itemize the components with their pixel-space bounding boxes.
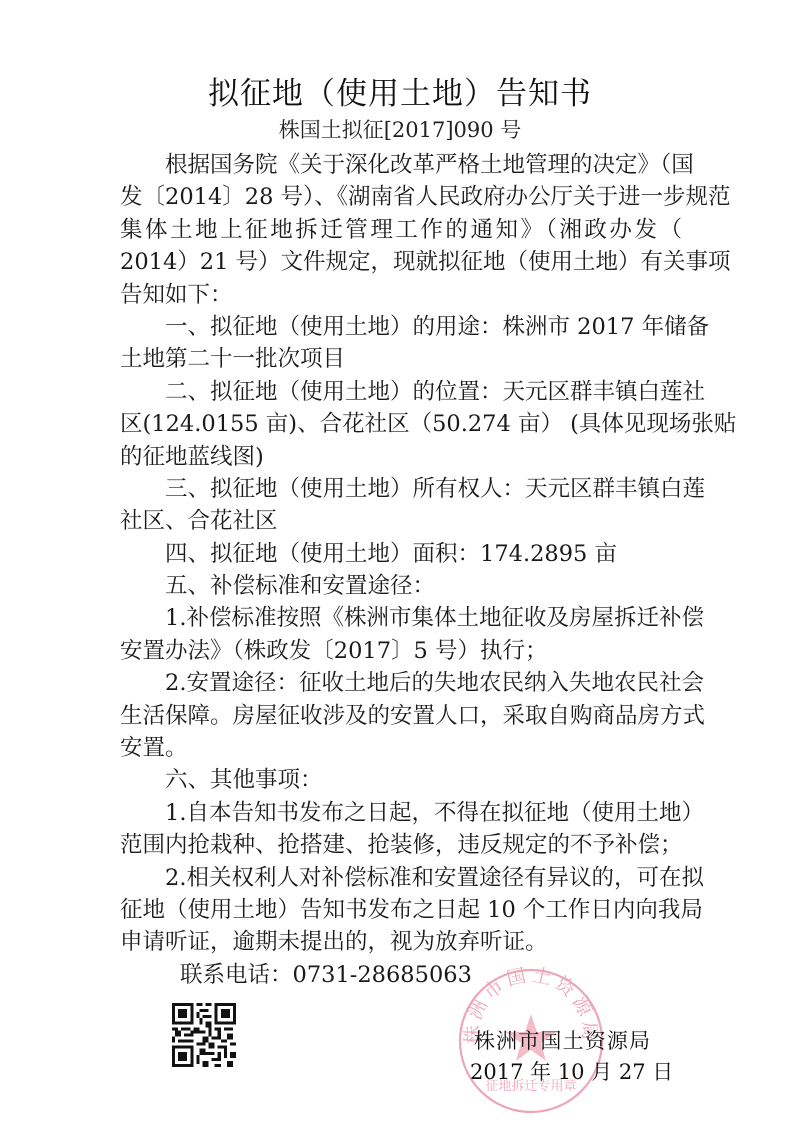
body-line: 2.安置途径：征收土地后的失地农民纳入失地农民社会 bbox=[120, 667, 682, 699]
body-line: 六、其他事项： bbox=[120, 764, 682, 796]
body-line: 的征地蓝线图) bbox=[120, 441, 682, 473]
body-line: 安置。 bbox=[120, 732, 682, 764]
body-line: 2.相关权利人对补偿标准和安置途径有异议的，可在拟 bbox=[120, 862, 682, 894]
body-line: 社区、合花社区 bbox=[120, 505, 682, 537]
body-line: 申请听证，逾期未提出的，视为放弃听证。 bbox=[120, 926, 682, 958]
body-line: 四、拟征地（使用土地）面积：174.2895 亩 bbox=[120, 538, 682, 570]
body-line: 土地第二十一批次项目 bbox=[120, 343, 682, 375]
document-body: 根据国务院《关于深化改革严格土地管理的决定》（国发〔2014〕28 号）、《湖南… bbox=[120, 149, 682, 991]
body-line: 安置办法》（株政发〔2017〕5 号）执行； bbox=[120, 635, 682, 667]
body-line: 生活保障。房屋征收涉及的安置人口，采取自购商品房方式 bbox=[120, 700, 682, 732]
body-line: 2014）21 号）文件规定，现就拟征地（使用土地）有关事项 bbox=[120, 246, 682, 278]
notice-page: 拟征地（使用土地）告知书 株国土拟征[2017]090 号 根据国务院《关于深化… bbox=[0, 0, 800, 1132]
qr-code-icon bbox=[172, 1003, 236, 1067]
body-line: 范围内抢栽种、抢搭建、抢装修，违反规定的不予补偿； bbox=[120, 829, 682, 861]
body-line: 三、拟征地（使用土地）所有权人：天元区群丰镇白莲 bbox=[120, 473, 682, 505]
body-line: 1.补偿标准按照《株洲市集体土地征收及房屋拆迁补偿 bbox=[120, 602, 682, 634]
document-number: 株国土拟征[2017]090 号 bbox=[0, 116, 800, 144]
body-line: 二、拟征地（使用土地）的位置：天元区群丰镇白莲社 bbox=[120, 376, 682, 408]
body-line: 征地（使用土地）告知书发布之日起 10 个工作日内向我局 bbox=[120, 894, 682, 926]
body-line: 根据国务院《关于深化改革严格土地管理的决定》（国 bbox=[120, 149, 682, 181]
body-line: 集体土地上征地拆迁管理工作的通知》（湘政办发（ bbox=[120, 214, 682, 246]
body-line: 五、补偿标准和安置途径： bbox=[120, 570, 682, 602]
body-line: 1.自本告知书发布之日起，不得在拟征地（使用土地） bbox=[120, 797, 682, 829]
issuer-signature: 株洲市国土资源局 bbox=[474, 1026, 650, 1056]
body-line: 告知如下： bbox=[120, 279, 682, 311]
body-line: 区(124.0155 亩)、合花社区（50.274 亩） (具体见现场张贴 bbox=[120, 408, 682, 440]
document-title: 拟征地（使用土地）告知书 bbox=[0, 74, 800, 114]
issue-date: 2017 年 10 月 27 日 bbox=[470, 1057, 650, 1087]
body-line: 发〔2014〕28 号）、《湖南省人民政府办公厅关于进一步规范 bbox=[120, 181, 682, 213]
body-line: 一、拟征地（使用土地）的用途：株洲市 2017 年储备 bbox=[120, 311, 682, 343]
